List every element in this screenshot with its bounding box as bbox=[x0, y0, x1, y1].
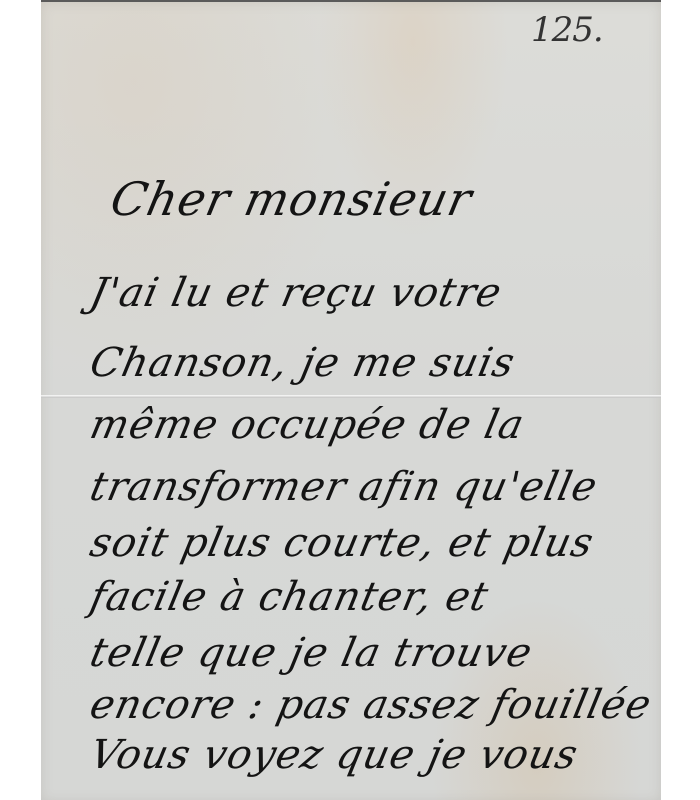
letter-line: facile à chanter, et bbox=[86, 574, 493, 620]
letter-line: même occupée de la bbox=[86, 402, 529, 448]
letter-line: J'ai lu et reçu votre bbox=[86, 270, 506, 316]
salutation: Cher monsieur bbox=[106, 172, 477, 226]
letter-line: telle que je la trouve bbox=[86, 630, 537, 676]
letter-line: Chanson, je me suis bbox=[86, 340, 519, 386]
letter-paper: 125. Cher monsieur J'ai lu et reçu votre… bbox=[41, 0, 661, 800]
fold-crease bbox=[41, 395, 661, 398]
letter-line: transformer afin qu'elle bbox=[86, 464, 602, 510]
letter-line: encore : pas assez fouillée bbox=[86, 682, 656, 728]
letter-line: soit plus courte, et plus bbox=[86, 520, 598, 566]
archive-number: 125. bbox=[531, 10, 603, 50]
letter-line: Vous voyez que je vous bbox=[86, 732, 582, 778]
